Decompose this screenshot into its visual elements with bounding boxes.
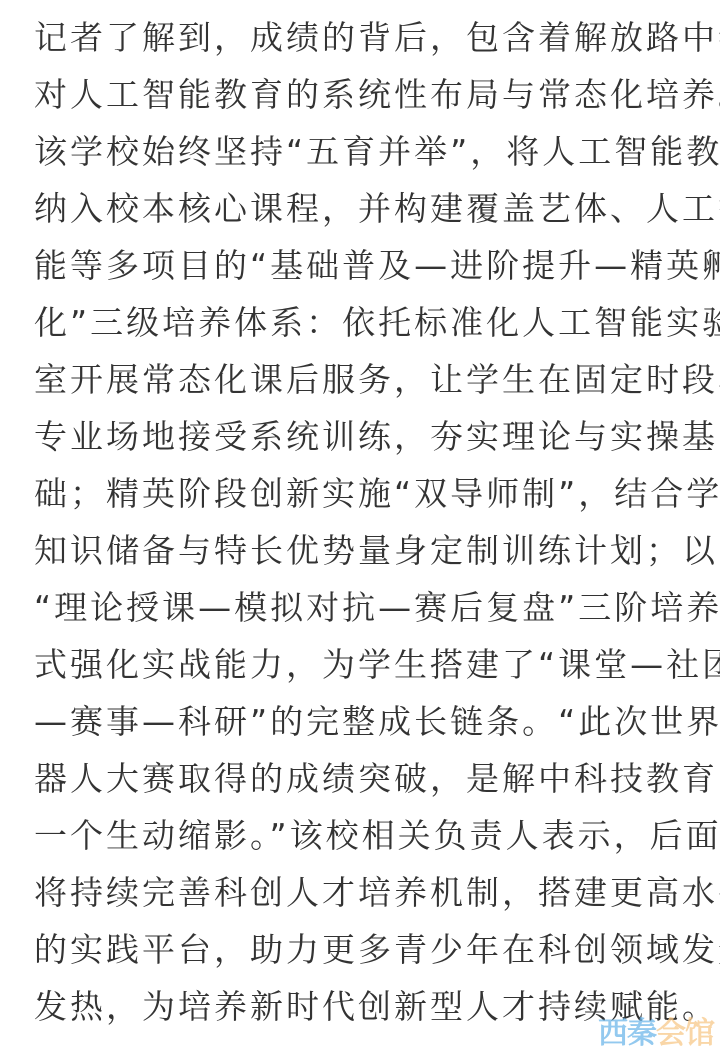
article-line-13: —赛事—科研”的完整成长链条。“此次世界机 (34, 693, 694, 750)
article-line-1: 记者了解到，成绩的背后，包含着解放路中学 (34, 9, 694, 66)
article-line-10: 知识储备与特长优势量身定制训练计划；以 (34, 522, 694, 579)
article-line-12: 式强化实战能力，为学生搭建了“课堂—社团 (34, 636, 694, 693)
article-line-2: 对人工智能教育的系统性布局与常态化培养。 (34, 66, 694, 123)
article-line-8: 专业场地接受系统训练，夯实理论与实操基 (34, 408, 694, 465)
article-line-14: 器人大赛取得的成绩突破，是解中科技教育的 (34, 750, 694, 807)
watermark-part-2: 会馆 (656, 1016, 714, 1051)
article-line-11: “理论授课—模拟对抗—赛后复盘”三阶培养模 (34, 579, 694, 636)
article-line-6: 化”三级培养体系：依托标准化人工智能实验 (34, 294, 694, 351)
article-line-16: 将持续完善科创人才培养机制，搭建更高水平 (34, 864, 694, 921)
article-line-17: 的实践平台，助力更多青少年在科创领域发光 (34, 921, 694, 978)
article-line-4: 纳入校本核心课程，并构建覆盖艺体、人工智 (34, 180, 694, 237)
article-line-3: 该学校始终坚持“五育并举”，将人工智能教育 (34, 123, 694, 180)
article-line-15: 一个生动缩影。”该校相关负责人表示，后面 (34, 807, 694, 864)
article-line-9: 础；精英阶段创新实施“双导师制”，结合学生 (34, 465, 694, 522)
article-line-7: 室开展常态化课后服务，让学生在固定时段、 (34, 351, 694, 408)
article-body: 记者了解到，成绩的背后，包含着解放路中学 对人工智能教育的系统性布局与常态化培养… (34, 9, 694, 1035)
article-line-18: 发热，为培养新时代创新型人才持续赋能。 (34, 978, 694, 1035)
article-line-5: 能等多项目的“基础普及—进阶提升—精英孵 (34, 237, 694, 294)
watermark-logo: 西秦会馆 (598, 1008, 714, 1052)
watermark-part-1: 西秦 (598, 1016, 656, 1051)
